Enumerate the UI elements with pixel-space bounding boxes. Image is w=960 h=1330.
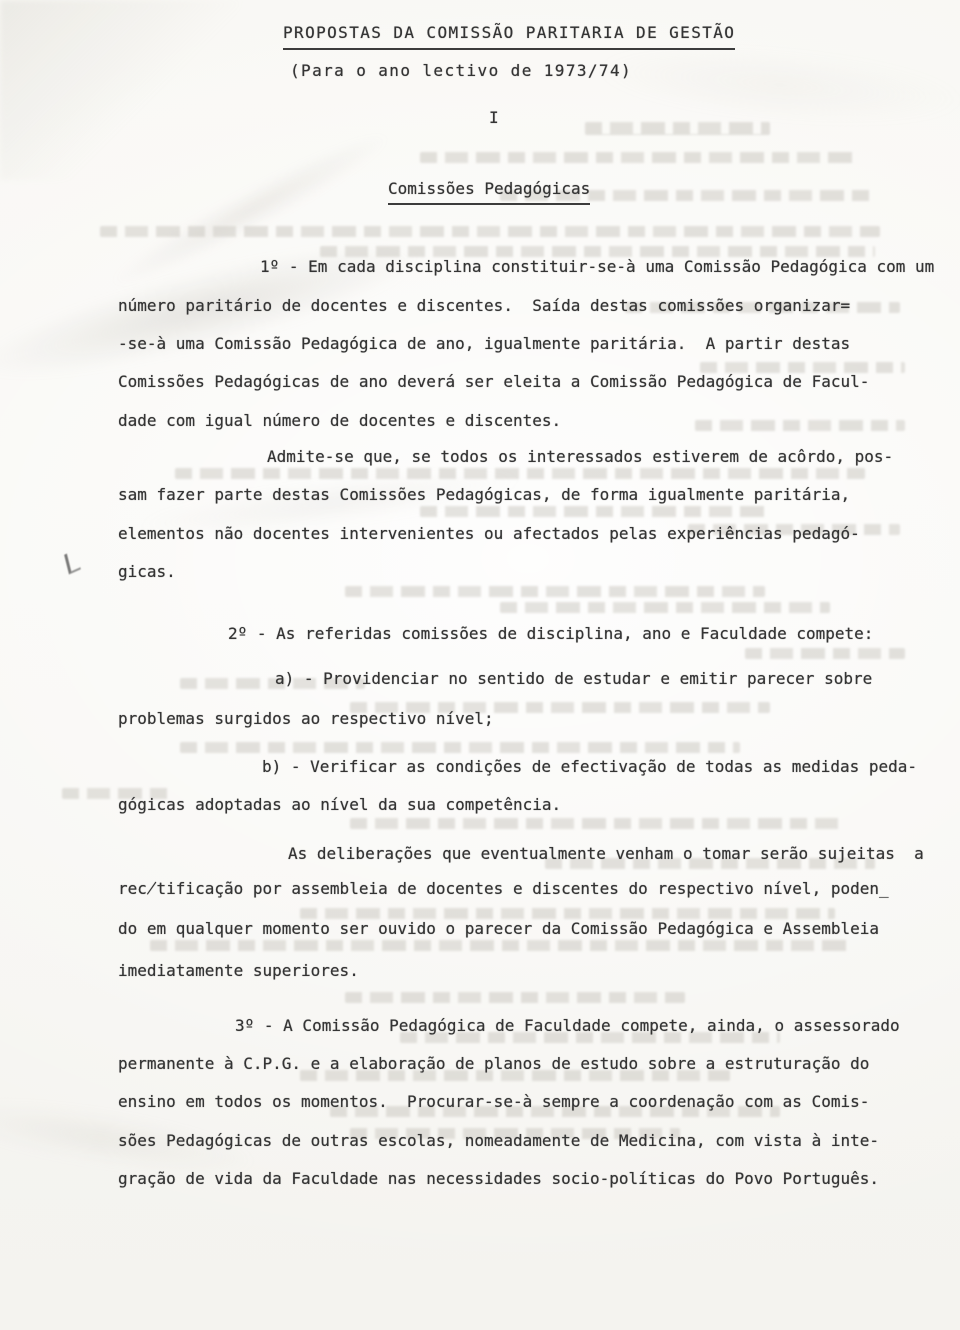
bleedthrough-text bbox=[345, 992, 685, 1003]
bleedthrough-text bbox=[745, 648, 905, 659]
document-title: PROPOSTAS DA COMISSÃO PARITARIA DE GESTÃ… bbox=[283, 22, 735, 50]
paragraph-1-line: Comissões Pedagógicas de ano deverá ser … bbox=[118, 371, 869, 393]
paragraph-4-line: do em qualquer momento ser ouvido o pare… bbox=[118, 918, 879, 940]
paragraph-5-line: sões Pedagógicas de outras escolas, nome… bbox=[118, 1130, 879, 1152]
paragraph-1-line: número paritário de docentes e discentes… bbox=[118, 295, 850, 317]
section-numeral: I bbox=[489, 107, 499, 129]
paragraph-4-line: imediatamente superiores. bbox=[118, 960, 359, 982]
item-b-line: gógicas adoptadas ao nível da sua compet… bbox=[118, 794, 561, 816]
paragraph-5-line: ensino em todos os momentos. Procurar-se… bbox=[118, 1091, 869, 1113]
item-a-line: a) - Providenciar no sentido de estudar … bbox=[275, 668, 872, 690]
section-heading: Comissões Pedagógicas bbox=[388, 178, 590, 205]
paragraph-1-line: 1º - Em cada disciplina constituir-se-à … bbox=[260, 256, 934, 278]
paragraph-4-line: As deliberações que eventualmente venham… bbox=[288, 843, 924, 865]
paragraph-5-line: permanente à C.P.G. e a elaboração de pl… bbox=[118, 1053, 869, 1075]
paragraph-2-line: Admite-se que, se todos os interessados … bbox=[267, 446, 893, 468]
paragraph-2-line: elementos não docentes intervenientes ou… bbox=[118, 523, 860, 545]
bleedthrough-text bbox=[345, 586, 765, 597]
bleedthrough-text bbox=[420, 506, 770, 517]
item-b-line: b) - Verificar as condições de efectivaç… bbox=[262, 756, 917, 778]
paper-crease bbox=[91, 113, 410, 308]
bleedthrough-text bbox=[100, 226, 880, 237]
bleedthrough-text bbox=[585, 122, 770, 135]
bleedthrough-text bbox=[350, 818, 845, 829]
bleedthrough-text bbox=[150, 940, 850, 951]
scanned-document-page: PROPOSTAS DA COMISSÃO PARITARIA DE GESTÃ… bbox=[0, 0, 960, 1330]
paragraph-1-line: dade com igual número de docentes e disc… bbox=[118, 410, 561, 432]
bleedthrough-text bbox=[175, 468, 865, 479]
paragraph-5-line: 3º - A Comissão Pedagógica de Faculdade … bbox=[235, 1015, 900, 1037]
paper-corner-shade bbox=[0, 0, 240, 180]
bleedthrough-text bbox=[695, 420, 905, 431]
item-a-line: problemas surgidos ao respectivo nível; bbox=[118, 708, 494, 730]
bleedthrough-text bbox=[420, 152, 860, 163]
paragraph-5-line: gração de vida da Faculdade nas necessid… bbox=[118, 1168, 879, 1190]
bleedthrough-text bbox=[180, 742, 740, 753]
bleedthrough-text bbox=[500, 602, 830, 613]
paragraph-2-line: sam fazer parte destas Comissões Pedagóg… bbox=[118, 484, 850, 506]
paragraph-1-line: -se-à uma Comissão Pedagógica de ano, ig… bbox=[118, 333, 850, 355]
document-subtitle: (Para o ano lectivo de 1973/74) bbox=[290, 60, 632, 82]
paragraph-2-line: gicas. bbox=[118, 561, 176, 583]
paragraph-4-line: rec̸tificação por assembleia de docentes… bbox=[118, 878, 889, 900]
ink-smudge bbox=[64, 550, 81, 575]
paragraph-3-line: 2º - As referidas comissões de disciplin… bbox=[228, 623, 873, 645]
